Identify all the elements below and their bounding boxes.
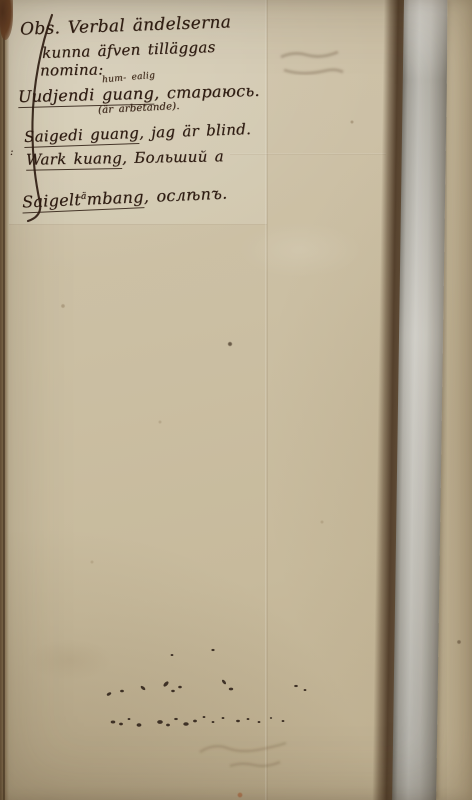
margin-mark: : bbox=[10, 147, 14, 158]
bleedthrough-marks bbox=[281, 52, 343, 73]
manuscript-photo: Obs. Verbal ändelserna kunna äfven tillä… bbox=[0, 0, 472, 800]
entry-term: Saigedi guang bbox=[24, 124, 140, 148]
superscript-letter: ä bbox=[81, 192, 87, 202]
manuscript-entry-3: Wark kuang, Больший а bbox=[26, 147, 224, 168]
entry-gloss: , ослѣпъ. bbox=[143, 184, 228, 207]
ink-specks bbox=[106, 649, 306, 727]
fold-crease-horizontal bbox=[230, 153, 386, 155]
page-edge-left bbox=[0, 0, 9, 800]
term-part: Saigelt bbox=[22, 190, 82, 212]
ghost-writing bbox=[200, 743, 286, 766]
manuscript-line-3: nomina: bbox=[40, 60, 104, 79]
entry-gloss: , Больший а bbox=[122, 147, 224, 167]
term-part: mbang bbox=[86, 187, 144, 208]
page-edge-right bbox=[447, 0, 472, 800]
page-edge-line bbox=[3, 0, 5, 800]
fold-crease-vertical bbox=[265, 0, 268, 800]
entry-term: Wark kuang bbox=[26, 149, 122, 170]
entry-gloss: , стараюсь. bbox=[154, 81, 260, 103]
